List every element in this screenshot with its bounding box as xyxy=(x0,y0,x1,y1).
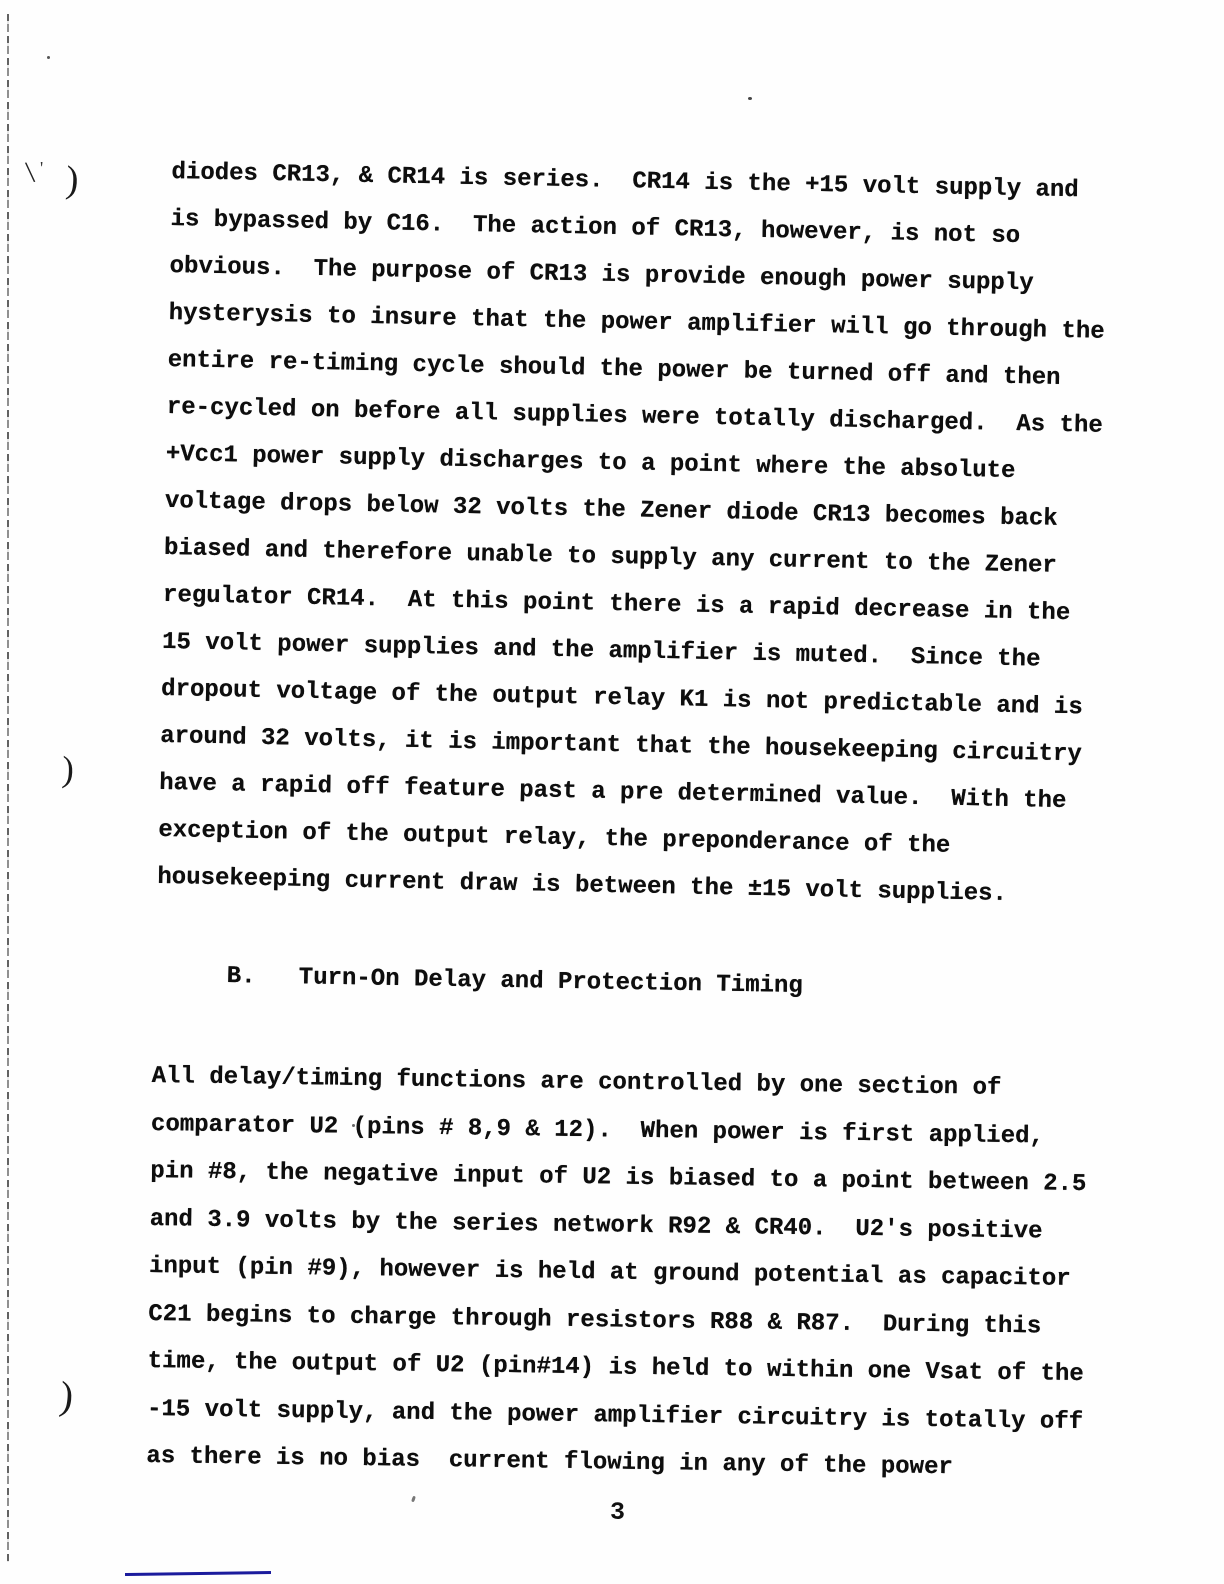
scan-speck xyxy=(47,56,50,59)
margin-paren-mark: ) xyxy=(64,158,80,203)
section-heading-turn-on-delay: B. Turn-On Delay and Protection Timing xyxy=(227,963,803,1001)
paragraph-delay-timing: All delay/timing functions are controlle… xyxy=(146,1053,1088,1494)
margin-pen-tick: ' xyxy=(40,158,43,179)
margin-paren-mark: ) xyxy=(61,748,75,791)
scan-speck xyxy=(352,1124,355,1127)
scan-speck xyxy=(748,97,752,100)
margin-paren-mark: ) xyxy=(58,1371,76,1419)
margin-pen-mark: \ xyxy=(24,156,36,191)
paragraph-housekeeping-supply: diodes CR13, & CR14 is series. CR14 is t… xyxy=(157,149,1108,920)
page-number: 3 xyxy=(610,1499,625,1527)
scan-speck xyxy=(411,1496,416,1503)
scan-edge-dashed-line xyxy=(7,14,9,1562)
blue-underline-mark xyxy=(125,1571,271,1576)
document-page: \ ' ) ) ) diodes CR13, & CR14 is series.… xyxy=(0,0,1224,1584)
